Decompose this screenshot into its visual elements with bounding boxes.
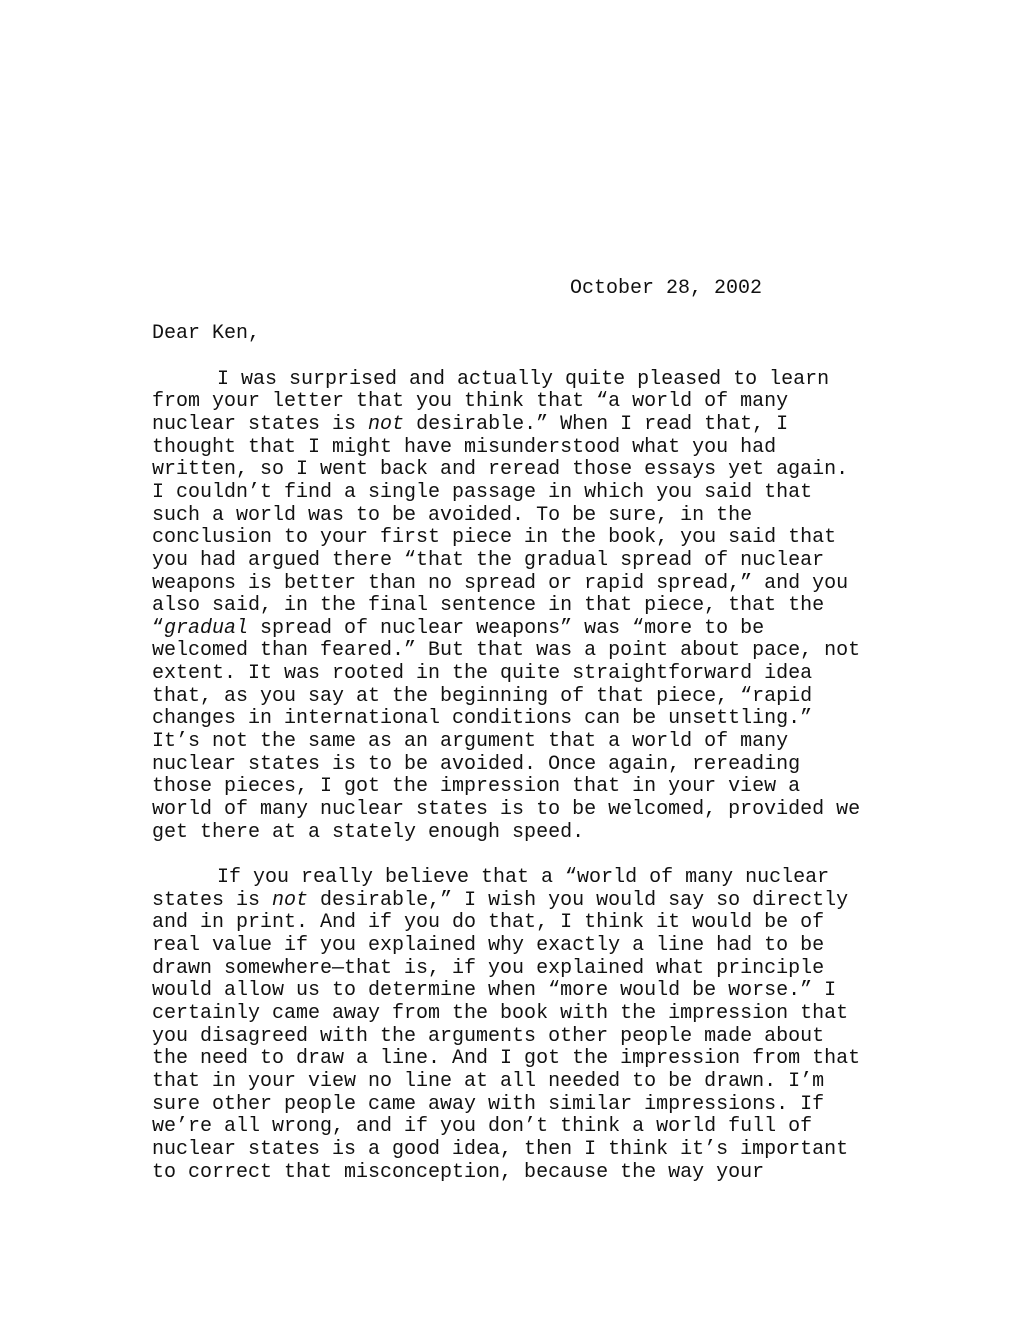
letter-paragraph: I was surprised and actually quite pleas…	[152, 369, 870, 845]
letter-body: I was surprised and actually quite pleas…	[152, 369, 870, 1185]
letter-salutation: Dear Ken,	[152, 323, 870, 346]
letter-page: October 28, 2002 Dear Ken, I was surpris…	[0, 0, 1020, 1320]
letter-date: October 28, 2002	[152, 278, 870, 301]
letter-paragraph: If you really believe that a “world of m…	[152, 867, 870, 1184]
